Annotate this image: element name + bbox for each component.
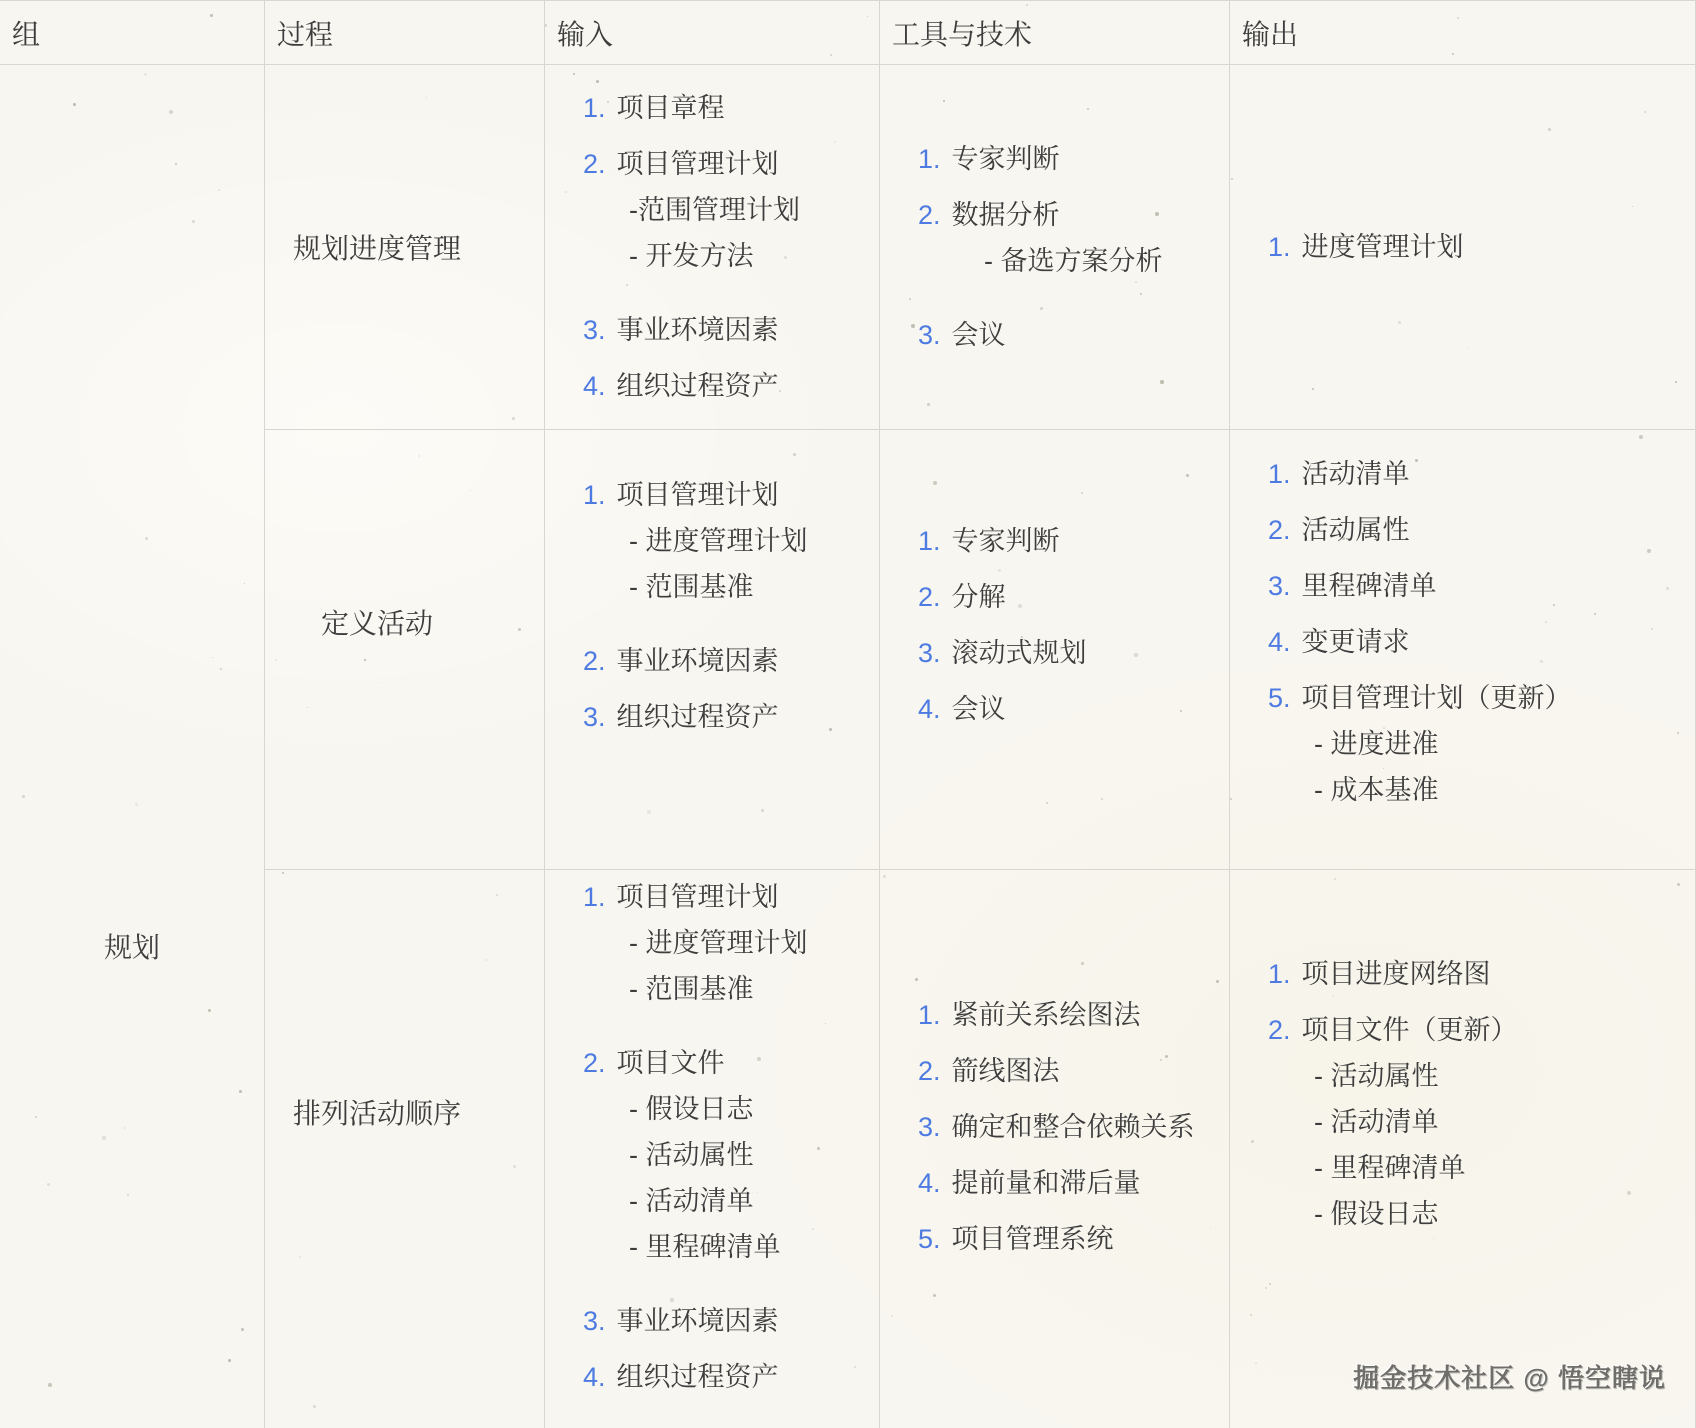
outputs-cell: 1.进度管理计划 xyxy=(1230,65,1695,430)
list-item: 1.项目进度网络图 xyxy=(1230,957,1695,991)
item-number: 3. xyxy=(583,313,606,347)
item-text: 分解 xyxy=(952,580,1006,614)
list-item: 1.项目章程 xyxy=(545,91,879,125)
list-item: 1.紧前关系绘图法 xyxy=(880,998,1229,1032)
item-text: - 活动清单 xyxy=(1314,1105,1439,1139)
item-text: 里程碑清单 xyxy=(1302,569,1437,603)
list-item: 3.事业环境因素 xyxy=(545,313,879,347)
list-item: 1.进度管理计划 xyxy=(1230,230,1695,264)
list-item: 4.组织过程资产 xyxy=(545,1360,879,1394)
list-item: -范围管理计划 xyxy=(545,193,879,227)
process-table: 组 过程 输入 工具与技术 输出 规划 规划进度管理 1.项目章程2.项目管理计… xyxy=(0,0,1696,1428)
list-item: 1.活动清单 xyxy=(1230,457,1695,491)
list-item: - 活动属性 xyxy=(545,1138,879,1172)
list-item: - 进度管理计划 xyxy=(545,524,879,558)
item-number: 3. xyxy=(918,1110,941,1144)
item-text: - 里程碑清单 xyxy=(1314,1151,1466,1185)
item-text: 滚动式规划 xyxy=(952,636,1087,670)
item-number: 2. xyxy=(918,1054,941,1088)
item-text: - 范围基准 xyxy=(629,972,754,1006)
list-item: 3.滚动式规划 xyxy=(880,636,1229,670)
item-number: 1. xyxy=(583,91,606,125)
outputs-cell: 1.活动清单2.活动属性3.里程碑清单4.变更请求5.项目管理计划（更新）- 进… xyxy=(1230,430,1695,870)
item-number: 5. xyxy=(1268,681,1291,715)
list-item: 1.专家判断 xyxy=(880,142,1229,176)
item-text: 组织过程资产 xyxy=(617,700,779,734)
item-text: - 范围基准 xyxy=(629,570,754,604)
item-number: 5. xyxy=(918,1222,941,1256)
item-number: 2. xyxy=(583,1046,606,1080)
tools-cell: 1.专家判断2.分解3.滚动式规划4.会议 xyxy=(880,430,1230,870)
list-item: 2.分解 xyxy=(880,580,1229,614)
item-text: 提前量和滞后量 xyxy=(952,1166,1141,1200)
item-number: 2. xyxy=(918,198,941,232)
col-header-label: 输入 xyxy=(557,13,613,53)
list-item: - 进度管理计划 xyxy=(545,926,879,960)
item-text: - 假设日志 xyxy=(629,1092,754,1126)
item-text: - 里程碑清单 xyxy=(629,1230,781,1264)
list-item: 2.项目文件 xyxy=(545,1046,879,1080)
item-text: 专家判断 xyxy=(952,142,1060,176)
col-header-inputs: 输入 xyxy=(545,1,880,65)
list-item: - 范围基准 xyxy=(545,972,879,1006)
inputs-list: 1.项目管理计划- 进度管理计划- 范围基准2.事业环境因素3.组织过程资产 xyxy=(545,386,879,825)
item-text: 数据分析 xyxy=(952,198,1060,232)
item-text: 项目文件（更新） xyxy=(1302,1013,1518,1047)
process-cell: 排列活动顺序 xyxy=(265,870,545,1428)
list-item: - 假设日志 xyxy=(1230,1197,1695,1231)
col-header-outputs: 输出 xyxy=(1230,1,1695,65)
list-item: 2.事业环境因素 xyxy=(545,644,879,678)
list-item: 4.变更请求 xyxy=(1230,625,1695,659)
list-item: 3.组织过程资产 xyxy=(545,700,879,734)
item-number: 3. xyxy=(918,636,941,670)
tools-cell: 1.专家判断2.数据分析- 备选方案分析3.会议 xyxy=(880,65,1230,430)
outputs-list: 1.项目进度网络图2.项目文件（更新）- 活动属性- 活动清单- 里程碑清单- … xyxy=(1230,815,1695,1373)
item-text: 活动清单 xyxy=(1302,457,1410,491)
process-label: 定义活动 xyxy=(321,602,433,642)
inputs-list: 1.项目管理计划- 进度管理计划- 范围基准2.项目文件- 假设日志- 活动属性… xyxy=(545,858,879,1416)
inputs-cell: 1.项目章程2.项目管理计划-范围管理计划- 开发方法3.事业环境因素4.组织过… xyxy=(545,65,880,430)
item-text: -范围管理计划 xyxy=(629,193,800,227)
item-number: 2. xyxy=(918,580,941,614)
outputs-cell: 1.项目进度网络图2.项目文件（更新）- 活动属性- 活动清单- 里程碑清单- … xyxy=(1230,870,1695,1428)
item-text: - 备选方案分析 xyxy=(984,244,1163,278)
item-text: - 活动属性 xyxy=(629,1138,754,1172)
item-number: 1. xyxy=(918,998,941,1032)
tools-list: 1.紧前关系绘图法2.箭线图法3.确定和整合依赖关系4.提前量和滞后量5.项目管… xyxy=(880,848,1229,1406)
item-text: 事业环境因素 xyxy=(617,644,779,678)
list-item: 5.项目管理系统 xyxy=(880,1222,1229,1256)
tools-list: 1.专家判断2.数据分析- 备选方案分析3.会议 xyxy=(880,65,1229,429)
group-cell: 规划 xyxy=(0,65,265,1428)
col-header-group: 组 xyxy=(0,1,265,65)
list-item: 3.里程碑清单 xyxy=(1230,569,1695,603)
list-item: - 成本基准 xyxy=(1230,773,1695,807)
list-item: 2.数据分析 xyxy=(880,198,1229,232)
col-header-label: 输出 xyxy=(1242,13,1298,53)
inputs-cell: 1.项目管理计划- 进度管理计划- 范围基准2.项目文件- 假设日志- 活动属性… xyxy=(545,870,880,1428)
item-number: 4. xyxy=(918,1166,941,1200)
item-number: 2. xyxy=(583,147,606,181)
item-number: 1. xyxy=(1268,230,1291,264)
item-number: 1. xyxy=(1268,957,1291,991)
item-text: - 活动清单 xyxy=(629,1184,754,1218)
col-header-process: 过程 xyxy=(265,1,545,65)
list-item: - 活动属性 xyxy=(1230,1059,1695,1093)
process-cell: 定义活动 xyxy=(265,430,545,870)
item-number: 4. xyxy=(1268,625,1291,659)
list-item: - 里程碑清单 xyxy=(545,1230,879,1264)
process-label: 排列活动顺序 xyxy=(293,1092,461,1132)
item-text: 变更请求 xyxy=(1302,625,1410,659)
item-text: 会议 xyxy=(952,318,1006,352)
tools-list: 1.专家判断2.分解3.滚动式规划4.会议 xyxy=(880,405,1229,844)
item-text: - 成本基准 xyxy=(1314,773,1439,807)
item-text: 项目进度网络图 xyxy=(1302,957,1491,991)
col-header-label: 组 xyxy=(12,13,40,53)
list-item: 1.专家判断 xyxy=(880,524,1229,558)
item-number: 1. xyxy=(918,142,941,176)
process-label: 规划进度管理 xyxy=(293,227,461,267)
item-number: 4. xyxy=(583,1360,606,1394)
list-item: 1.项目管理计划 xyxy=(545,478,879,512)
item-number: 3. xyxy=(918,318,941,352)
item-text: 进度管理计划 xyxy=(1302,230,1464,264)
item-text: 会议 xyxy=(952,692,1006,726)
list-item: 5.项目管理计划（更新） xyxy=(1230,681,1695,715)
item-number: 3. xyxy=(583,1304,606,1338)
item-number: 1. xyxy=(583,880,606,914)
item-text: 事业环境因素 xyxy=(617,1304,779,1338)
col-header-label: 工具与技术 xyxy=(892,13,1032,53)
group-label: 规划 xyxy=(104,926,160,966)
process-cell: 规划进度管理 xyxy=(265,65,545,430)
item-text: 项目管理计划 xyxy=(617,147,779,181)
item-number: 1. xyxy=(1268,457,1291,491)
item-text: - 进度管理计划 xyxy=(629,926,808,960)
item-number: 3. xyxy=(1268,569,1291,603)
item-text: 项目文件 xyxy=(617,1046,725,1080)
item-number: 1. xyxy=(583,478,606,512)
list-item: 2.项目管理计划 xyxy=(545,147,879,181)
item-text: 活动属性 xyxy=(1302,513,1410,547)
col-header-tools: 工具与技术 xyxy=(880,1,1230,65)
list-item: - 假设日志 xyxy=(545,1092,879,1126)
outputs-list: 1.进度管理计划 xyxy=(1230,65,1695,429)
item-text: 专家判断 xyxy=(952,524,1060,558)
outputs-list: 1.活动清单2.活动属性3.里程碑清单4.变更请求5.项目管理计划（更新）- 进… xyxy=(1230,412,1695,851)
item-number: 2. xyxy=(1268,513,1291,547)
item-text: 项目管理系统 xyxy=(952,1222,1114,1256)
item-text: 箭线图法 xyxy=(952,1054,1060,1088)
list-item: 2.箭线图法 xyxy=(880,1054,1229,1088)
item-text: - 开发方法 xyxy=(629,239,754,273)
item-number: 3. xyxy=(583,700,606,734)
list-item: 3.事业环境因素 xyxy=(545,1304,879,1338)
list-item: 4.提前量和滞后量 xyxy=(880,1166,1229,1200)
tools-cell: 1.紧前关系绘图法2.箭线图法3.确定和整合依赖关系4.提前量和滞后量5.项目管… xyxy=(880,870,1230,1428)
item-number: 1. xyxy=(918,524,941,558)
item-number: 2. xyxy=(583,644,606,678)
item-text: 项目管理计划 xyxy=(617,880,779,914)
item-text: - 活动属性 xyxy=(1314,1059,1439,1093)
list-item: - 活动清单 xyxy=(1230,1105,1695,1139)
list-item: - 范围基准 xyxy=(545,570,879,604)
list-item: - 里程碑清单 xyxy=(1230,1151,1695,1185)
item-text: 确定和整合依赖关系 xyxy=(952,1110,1195,1144)
item-number: 2. xyxy=(1268,1013,1291,1047)
item-text: - 进度进准 xyxy=(1314,727,1439,761)
inputs-list: 1.项目章程2.项目管理计划-范围管理计划- 开发方法3.事业环境因素4.组织过… xyxy=(545,65,879,429)
list-item: 4.会议 xyxy=(880,692,1229,726)
list-item: - 开发方法 xyxy=(545,239,879,273)
item-text: 事业环境因素 xyxy=(617,313,779,347)
list-item: 3.确定和整合依赖关系 xyxy=(880,1110,1229,1144)
item-text: - 进度管理计划 xyxy=(629,524,808,558)
list-item: 1.项目管理计划 xyxy=(545,880,879,914)
list-item: - 备选方案分析 xyxy=(880,244,1229,278)
item-text: 项目管理计划（更新） xyxy=(1302,681,1572,715)
list-item: 2.活动属性 xyxy=(1230,513,1695,547)
watermark: 掘金技术社区 @ 悟空瞎说 xyxy=(1353,1358,1666,1395)
col-header-label: 过程 xyxy=(277,13,333,53)
list-item: - 活动清单 xyxy=(545,1184,879,1218)
list-item: 3.会议 xyxy=(880,318,1229,352)
inputs-cell: 1.项目管理计划- 进度管理计划- 范围基准2.事业环境因素3.组织过程资产 xyxy=(545,430,880,870)
item-text: 紧前关系绘图法 xyxy=(952,998,1141,1032)
item-number: 4. xyxy=(918,692,941,726)
item-text: 项目章程 xyxy=(617,91,725,125)
list-item: - 进度进准 xyxy=(1230,727,1695,761)
item-text: 组织过程资产 xyxy=(617,1360,779,1394)
list-item: 2.项目文件（更新） xyxy=(1230,1013,1695,1047)
item-text: - 假设日志 xyxy=(1314,1197,1439,1231)
item-text: 项目管理计划 xyxy=(617,478,779,512)
